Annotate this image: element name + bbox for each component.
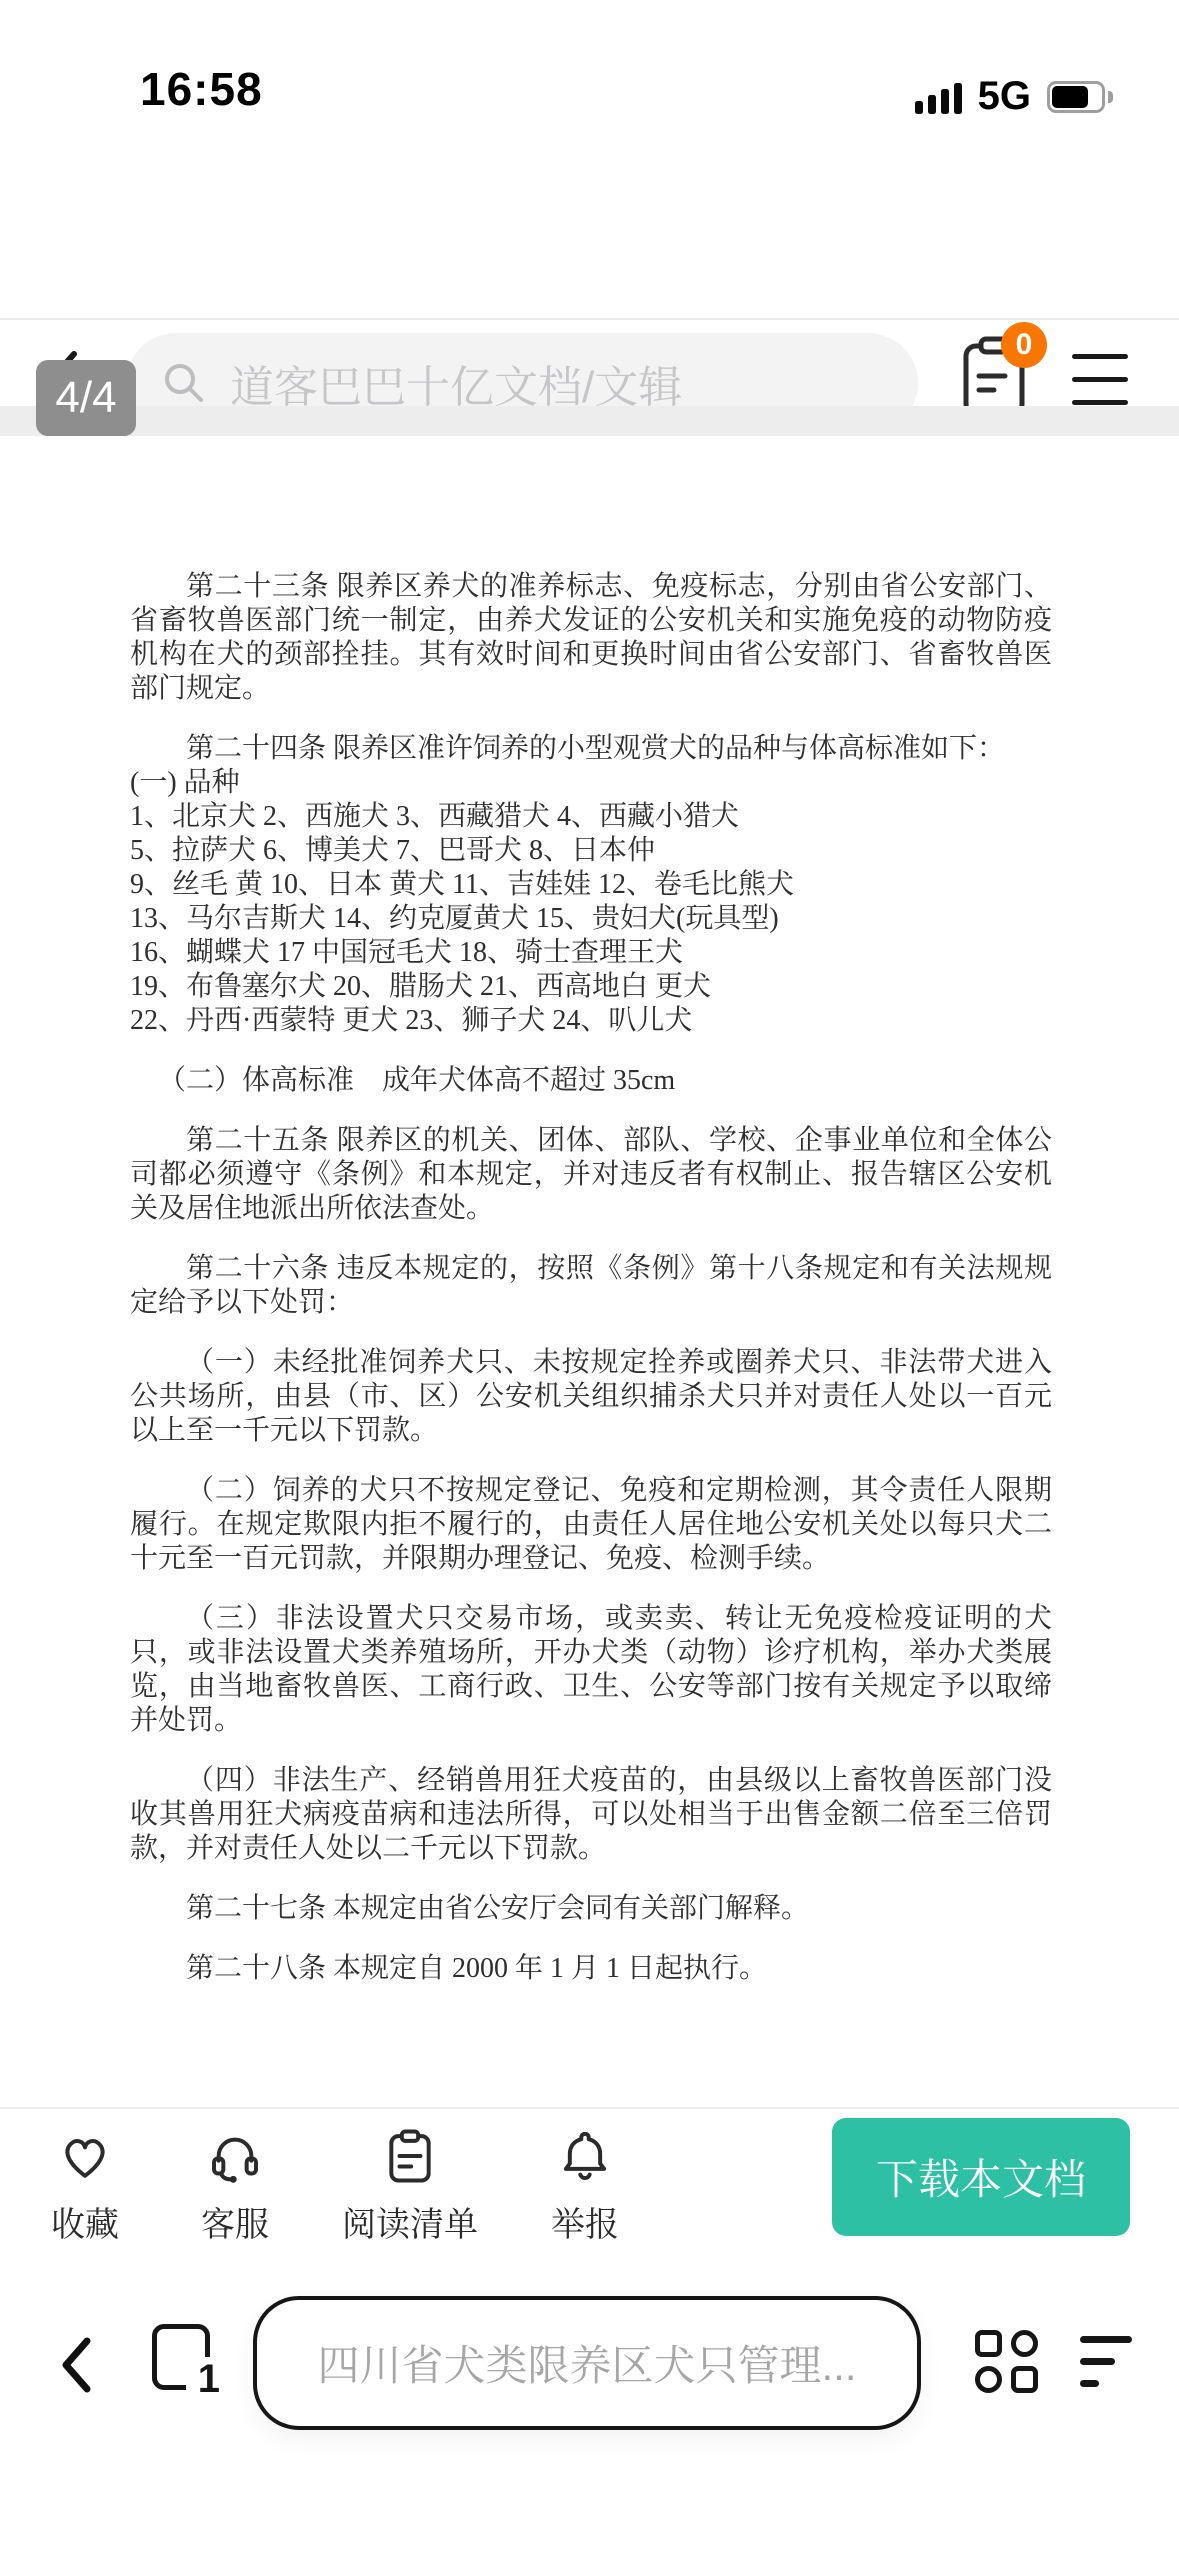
toolbar-items: 收藏 客服 (30, 2125, 640, 2246)
menu-button[interactable] (1072, 354, 1128, 406)
clock: 16:58 (140, 62, 263, 116)
document-page: 第二十三条 限养区养犬的准养标志、免疫标志，分别由省公安部门、省畜牧兽医部门统一… (130, 570, 1052, 1986)
document-paragraph: 1、北京犬 2、西施犬 3、西藏猎犬 4、西藏小猎犬 (130, 800, 1052, 834)
bottom-nav: 1 四川省犬类限养区犬只管理... (0, 2280, 1179, 2556)
network-type-label: 5G (978, 74, 1031, 119)
toolbar-item-label: 举报 (551, 2197, 619, 2246)
document-title: 四川省犬类限养区犬只管理... (317, 2333, 856, 2393)
document-paragraph: 22、丹西·西蒙特 更犬 23、狮子犬 24、叭儿犬 (130, 1004, 1052, 1038)
app-screen: 16:58 5G 道客巴巴十亿文档/文辑 (0, 0, 1179, 2556)
document-paragraph: 第二十四条 限养区准许饲养的小型观赏犬的品种与体高标准如下： (130, 732, 1052, 766)
reading-list-icon (382, 2125, 438, 2187)
document-paragraph: 第二十七条 本规定由省公安厅会同有关部门解释。 (130, 1892, 1052, 1926)
grid-square-icon (975, 2330, 1002, 2357)
document-paragraph: 第二十五条 限养区的机关、团体、部队、学校、企事业单位和全体公司都必须遵守《条例… (130, 1124, 1052, 1226)
bell-icon (557, 2125, 613, 2187)
document-paragraph: （一）未经批准饲养犬只、未按规定拴养或圈养犬只、非法带犬进入公共场所，由县（市、… (130, 1346, 1052, 1448)
header-divider (0, 318, 1179, 320)
document-title-button[interactable]: 四川省犬类限养区犬只管理... (253, 2296, 921, 2430)
document-paragraph: 第二十六条 违反本规定的，按照《条例》第十八条规定和有关法规规定给予以下处罚： (130, 1252, 1052, 1320)
chevron-left-icon (58, 2336, 94, 2394)
bottom-toolbar: 收藏 客服 (0, 2109, 1179, 2289)
document-paragraph: 第二十八条 本规定自 2000 年 1 月 1 日起执行。 (130, 1952, 1052, 1986)
grid-circle-icon (1011, 2330, 1038, 2357)
download-document-button[interactable]: 下载本文档 (832, 2118, 1130, 2236)
document-paragraph: 19、布鲁塞尔犬 20、腊肠犬 21、西高地白 更犬 (130, 970, 1052, 1004)
document-viewer[interactable]: 第二十三条 限养区养犬的准养标志、免疫标志，分别由省公安部门、省畜牧兽医部门统一… (0, 436, 1179, 2107)
page-indicator-badge: 4/4 (36, 360, 136, 436)
toolbar-item-label: 收藏 (51, 2197, 119, 2246)
document-paragraph: 9、丝毛 黄 10、日本 黄犬 11、吉娃娃 12、卷毛比熊犬 (130, 868, 1052, 902)
headset-icon (207, 2125, 263, 2187)
document-paragraph: 第二十三条 限养区养犬的准养标志、免疫标志，分别由省公安部门、省畜牧兽医部门统一… (130, 570, 1052, 706)
search-icon (160, 359, 208, 407)
page-number-label: 1 (194, 2357, 220, 2402)
clipboard-badge: 0 (1001, 322, 1047, 368)
thumbnail-grid-button[interactable] (975, 2330, 1038, 2393)
catalog-sort-button[interactable] (1080, 2336, 1136, 2388)
customer-service-button[interactable]: 客服 (180, 2125, 290, 2246)
status-bar: 16:58 5G (0, 0, 1179, 130)
document-paragraph: （四）非法生产、经销兽用狂犬疫苗的，由县级以上畜牧兽医部门没收其兽用狂犬病疫苗病… (130, 1764, 1052, 1866)
battery-icon (1047, 81, 1113, 113)
document-paragraph: （二）体高标准 成年犬体高不超过 35cm (130, 1064, 1052, 1098)
heart-icon (57, 2125, 113, 2187)
reading-list-button[interactable]: 阅读清单 (330, 2125, 490, 2246)
document-paragraph: （三）非法设置犬只交易市场，或卖卖、转让无免疫检疫证明的犬只，或非法设置犬类养殖… (130, 1602, 1052, 1738)
document-paragraph: （二）饲养的犬只不按规定登记、免疫和定期检测，其令责任人限期履行。在规定欺限内拒… (130, 1474, 1052, 1576)
grid-circle-icon (975, 2366, 1002, 2393)
document-paragraph: 5、拉萨犬 6、博美犬 7、巴哥犬 8、日本仲 (130, 834, 1052, 868)
report-button[interactable]: 举报 (530, 2125, 640, 2246)
toolbar-item-label: 客服 (201, 2197, 269, 2246)
document-paragraph: (一) 品种 (130, 766, 1052, 800)
page-number-button[interactable]: 1 (152, 2324, 212, 2394)
cellular-signal-icon (915, 80, 962, 114)
header: 道客巴巴十亿文档/文辑 0 (0, 130, 1179, 320)
nav-back-button[interactable] (58, 2336, 94, 2399)
document-paragraph: 13、马尔吉斯犬 14、约克厦黄犬 15、贵妇犬(玩具型) (130, 902, 1052, 936)
status-icons: 5G (915, 74, 1113, 119)
favorite-button[interactable]: 收藏 (30, 2125, 140, 2246)
toolbar-item-label: 阅读清单 (342, 2197, 478, 2246)
grid-square-icon (1011, 2366, 1038, 2393)
page-gap-band (0, 406, 1179, 436)
document-paragraph: 16、蝴蝶犬 17 中国冠毛犬 18、骑士查理王犬 (130, 936, 1052, 970)
